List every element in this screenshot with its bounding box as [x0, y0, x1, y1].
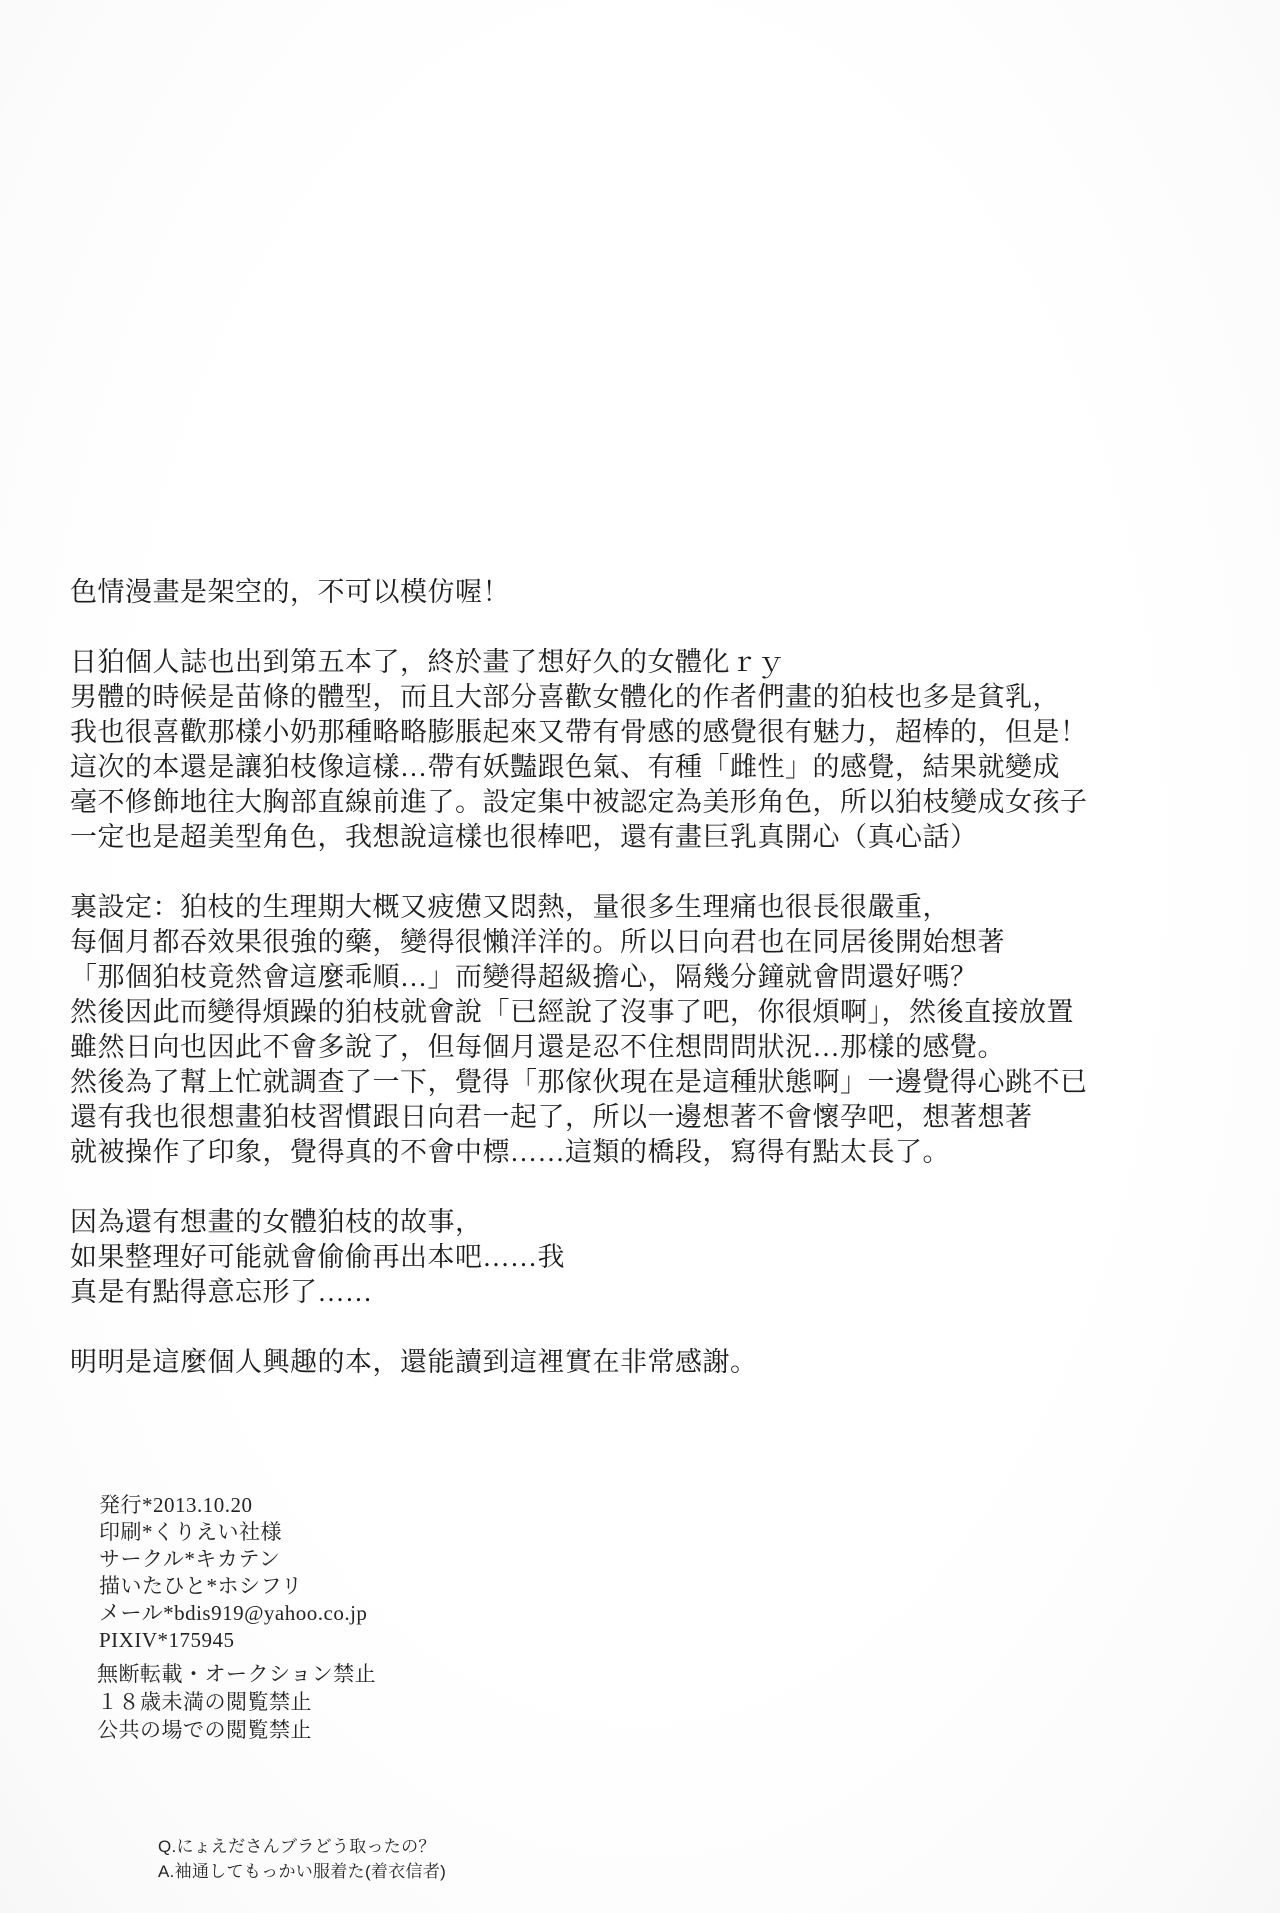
text-line: 如果整理好可能就會偷偷再出本吧……我: [70, 1240, 1100, 1275]
afterword-paragraph: 明明是這麼個人興趣的本，還能讀到這裡實在非常感謝。: [70, 1345, 1100, 1380]
afterword-text: 色情漫畫是架空的，不可以模仿喔！ 日狛個人誌也出到第五本了，終於畫了想好久的女體…: [70, 575, 1100, 1415]
colophon-block: 発行*2013.10.20印刷*くりえい社様サークル*キカテン描いたひと*ホシフ…: [99, 1492, 367, 1654]
text-line: 這次的本還是讓狛枝像這樣…帶有妖豔跟色氣、有種「雌性」的感覺，結果就變成: [70, 750, 1100, 785]
text-line: 然後因此而變得煩躁的狛枝就會說「已經說了沒事了吧，你很煩啊」，然後直接放置: [70, 995, 1100, 1030]
text-line: 然後為了幫上忙就調查了一下，覺得「那傢伙現在是這種狀態啊」一邊覺得心跳不已: [70, 1065, 1100, 1100]
text-line: 雖然日向也因此不會多說了，但每個月還是忍不住想問問狀況…那樣的感覺。: [70, 1030, 1100, 1065]
text-line: 発行*2013.10.20: [99, 1492, 367, 1519]
text-line: Q.にょえださんブラどう取ったの？: [158, 1834, 446, 1859]
text-line: 公共の場での閲覧禁止: [97, 1716, 376, 1744]
afterword-paragraph: 因為還有想畫的女體狛枝的故事，如果整理好可能就會偷偷再出本吧……我真是有點得意忘…: [70, 1205, 1100, 1310]
disclaimer-block: 無断転載・オークション禁止１８歳未満の閲覧禁止公共の場での閲覧禁止: [97, 1660, 376, 1744]
text-line: 我也很喜歡那樣小奶那種略略膨脹起來又帶有骨感的感覺很有魅力，超棒的，但是！: [70, 715, 1100, 750]
text-line: 色情漫畫是架空的，不可以模仿喔！: [70, 575, 1100, 610]
text-line: 印刷*くりえい社様: [99, 1519, 367, 1546]
text-line: 「那個狛枝竟然會這麼乖順…」而變得超級擔心，隔幾分鐘就會問還好嗎？: [70, 960, 1100, 995]
text-line: PIXIV*175945: [99, 1627, 367, 1654]
text-line: サークル*キカテン: [99, 1546, 367, 1573]
text-line: 還有我也很想畫狛枝習慣跟日向君一起了，所以一邊想著不會懷孕吧，想著想著: [70, 1100, 1100, 1135]
scanned-page: 色情漫畫是架空的，不可以模仿喔！ 日狛個人誌也出到第五本了，終於畫了想好久的女體…: [0, 0, 1280, 1913]
text-line: 裏設定：狛枝的生理期大概又疲憊又悶熱，量很多生理痛也很長很嚴重，: [70, 890, 1100, 925]
text-line: １８歳未満の閲覧禁止: [97, 1688, 376, 1716]
text-line: 因為還有想畫的女體狛枝的故事，: [70, 1205, 1100, 1240]
text-line: A.袖通してもっかい服着た(着衣信者): [158, 1859, 446, 1884]
afterword-paragraph: 色情漫畫是架空的，不可以模仿喔！: [70, 575, 1100, 610]
text-line: 一定也是超美型角色，我想說這樣也很棒吧，還有畫巨乳真開心（真心話）: [70, 820, 1100, 855]
qa-note: Q.にょえださんブラどう取ったの？A.袖通してもっかい服着た(着衣信者): [158, 1834, 446, 1884]
text-line: 男體的時候是苗條的體型，而且大部分喜歡女體化的作者們畫的狛枝也多是貧乳，: [70, 680, 1100, 715]
text-line: 日狛個人誌也出到第五本了，終於畫了想好久的女體化ｒｙ: [70, 645, 1100, 680]
text-line: 明明是這麼個人興趣的本，還能讀到這裡實在非常感謝。: [70, 1345, 1100, 1380]
text-line: 描いたひと*ホシフリ: [99, 1573, 367, 1600]
text-line: メール*bdis919@yahoo.co.jp: [99, 1600, 367, 1627]
text-line: 真是有點得意忘形了……: [70, 1275, 1100, 1310]
text-line: 就被操作了印象，覺得真的不會中標……這類的橋段，寫得有點太長了。: [70, 1135, 1100, 1170]
afterword-paragraph: 裏設定：狛枝的生理期大概又疲憊又悶熱，量很多生理痛也很長很嚴重，每個月都吞效果很…: [70, 890, 1100, 1170]
afterword-paragraph: 日狛個人誌也出到第五本了，終於畫了想好久的女體化ｒｙ男體的時候是苗條的體型，而且…: [70, 645, 1100, 855]
text-line: 每個月都吞效果很強的藥，變得很懶洋洋的。所以日向君也在同居後開始想著: [70, 925, 1100, 960]
text-line: 無断転載・オークション禁止: [97, 1660, 376, 1688]
text-line: 毫不修飾地往大胸部直線前進了。設定集中被認定為美形角色，所以狛枝變成女孩子: [70, 785, 1100, 820]
